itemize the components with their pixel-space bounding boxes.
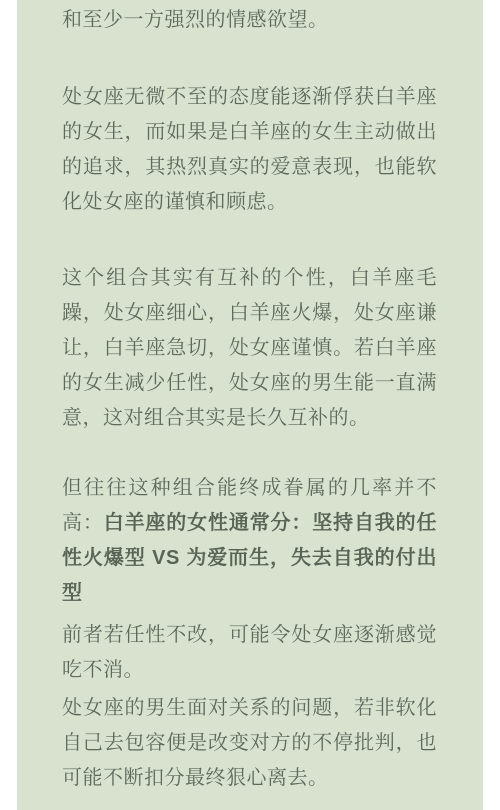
article-content: 和至少一方强烈的情感欲望。 处女座无微不至的态度能逐渐俘获白羊座的女生，而如果是… xyxy=(17,0,483,796)
article-card: 和至少一方强烈的情感欲望。 处女座无微不至的态度能逐渐俘获白羊座的女生，而如果是… xyxy=(17,0,483,810)
paragraph-low-success-rate: 但往往这种组合能终成眷属的几率并不高：白羊座的女性通常分：坚持自我的任性火爆型 … xyxy=(62,471,437,611)
paragraph-complementary-traits: 这个组合其实有互补的个性，白羊座毛躁，处女座细心，白羊座火爆，处女座谦让，白羊座… xyxy=(62,261,437,436)
paragraph-virgo-man-reaction: 处女座的男生面对关系的问题，若非软化自己去包容便是改变对方的不停批判，也可能不断… xyxy=(62,691,437,796)
paragraph-virgo-wins-aries: 处女座无微不至的态度能逐渐俘获白羊座的女生，而如果是白羊座的女生主动做出的追求，… xyxy=(62,80,437,220)
paragraph-willful-type-consequence: 前者若任性不改，可能令处女座逐渐感觉吃不消。 xyxy=(62,618,437,688)
paragraph-bold-emphasis: 白羊座的女性通常分：坚持自我的任性火爆型 VS 为爱而生，失去自我的付出型 xyxy=(62,512,437,604)
paragraph-intro-tail: 和至少一方强烈的情感欲望。 xyxy=(62,3,437,38)
